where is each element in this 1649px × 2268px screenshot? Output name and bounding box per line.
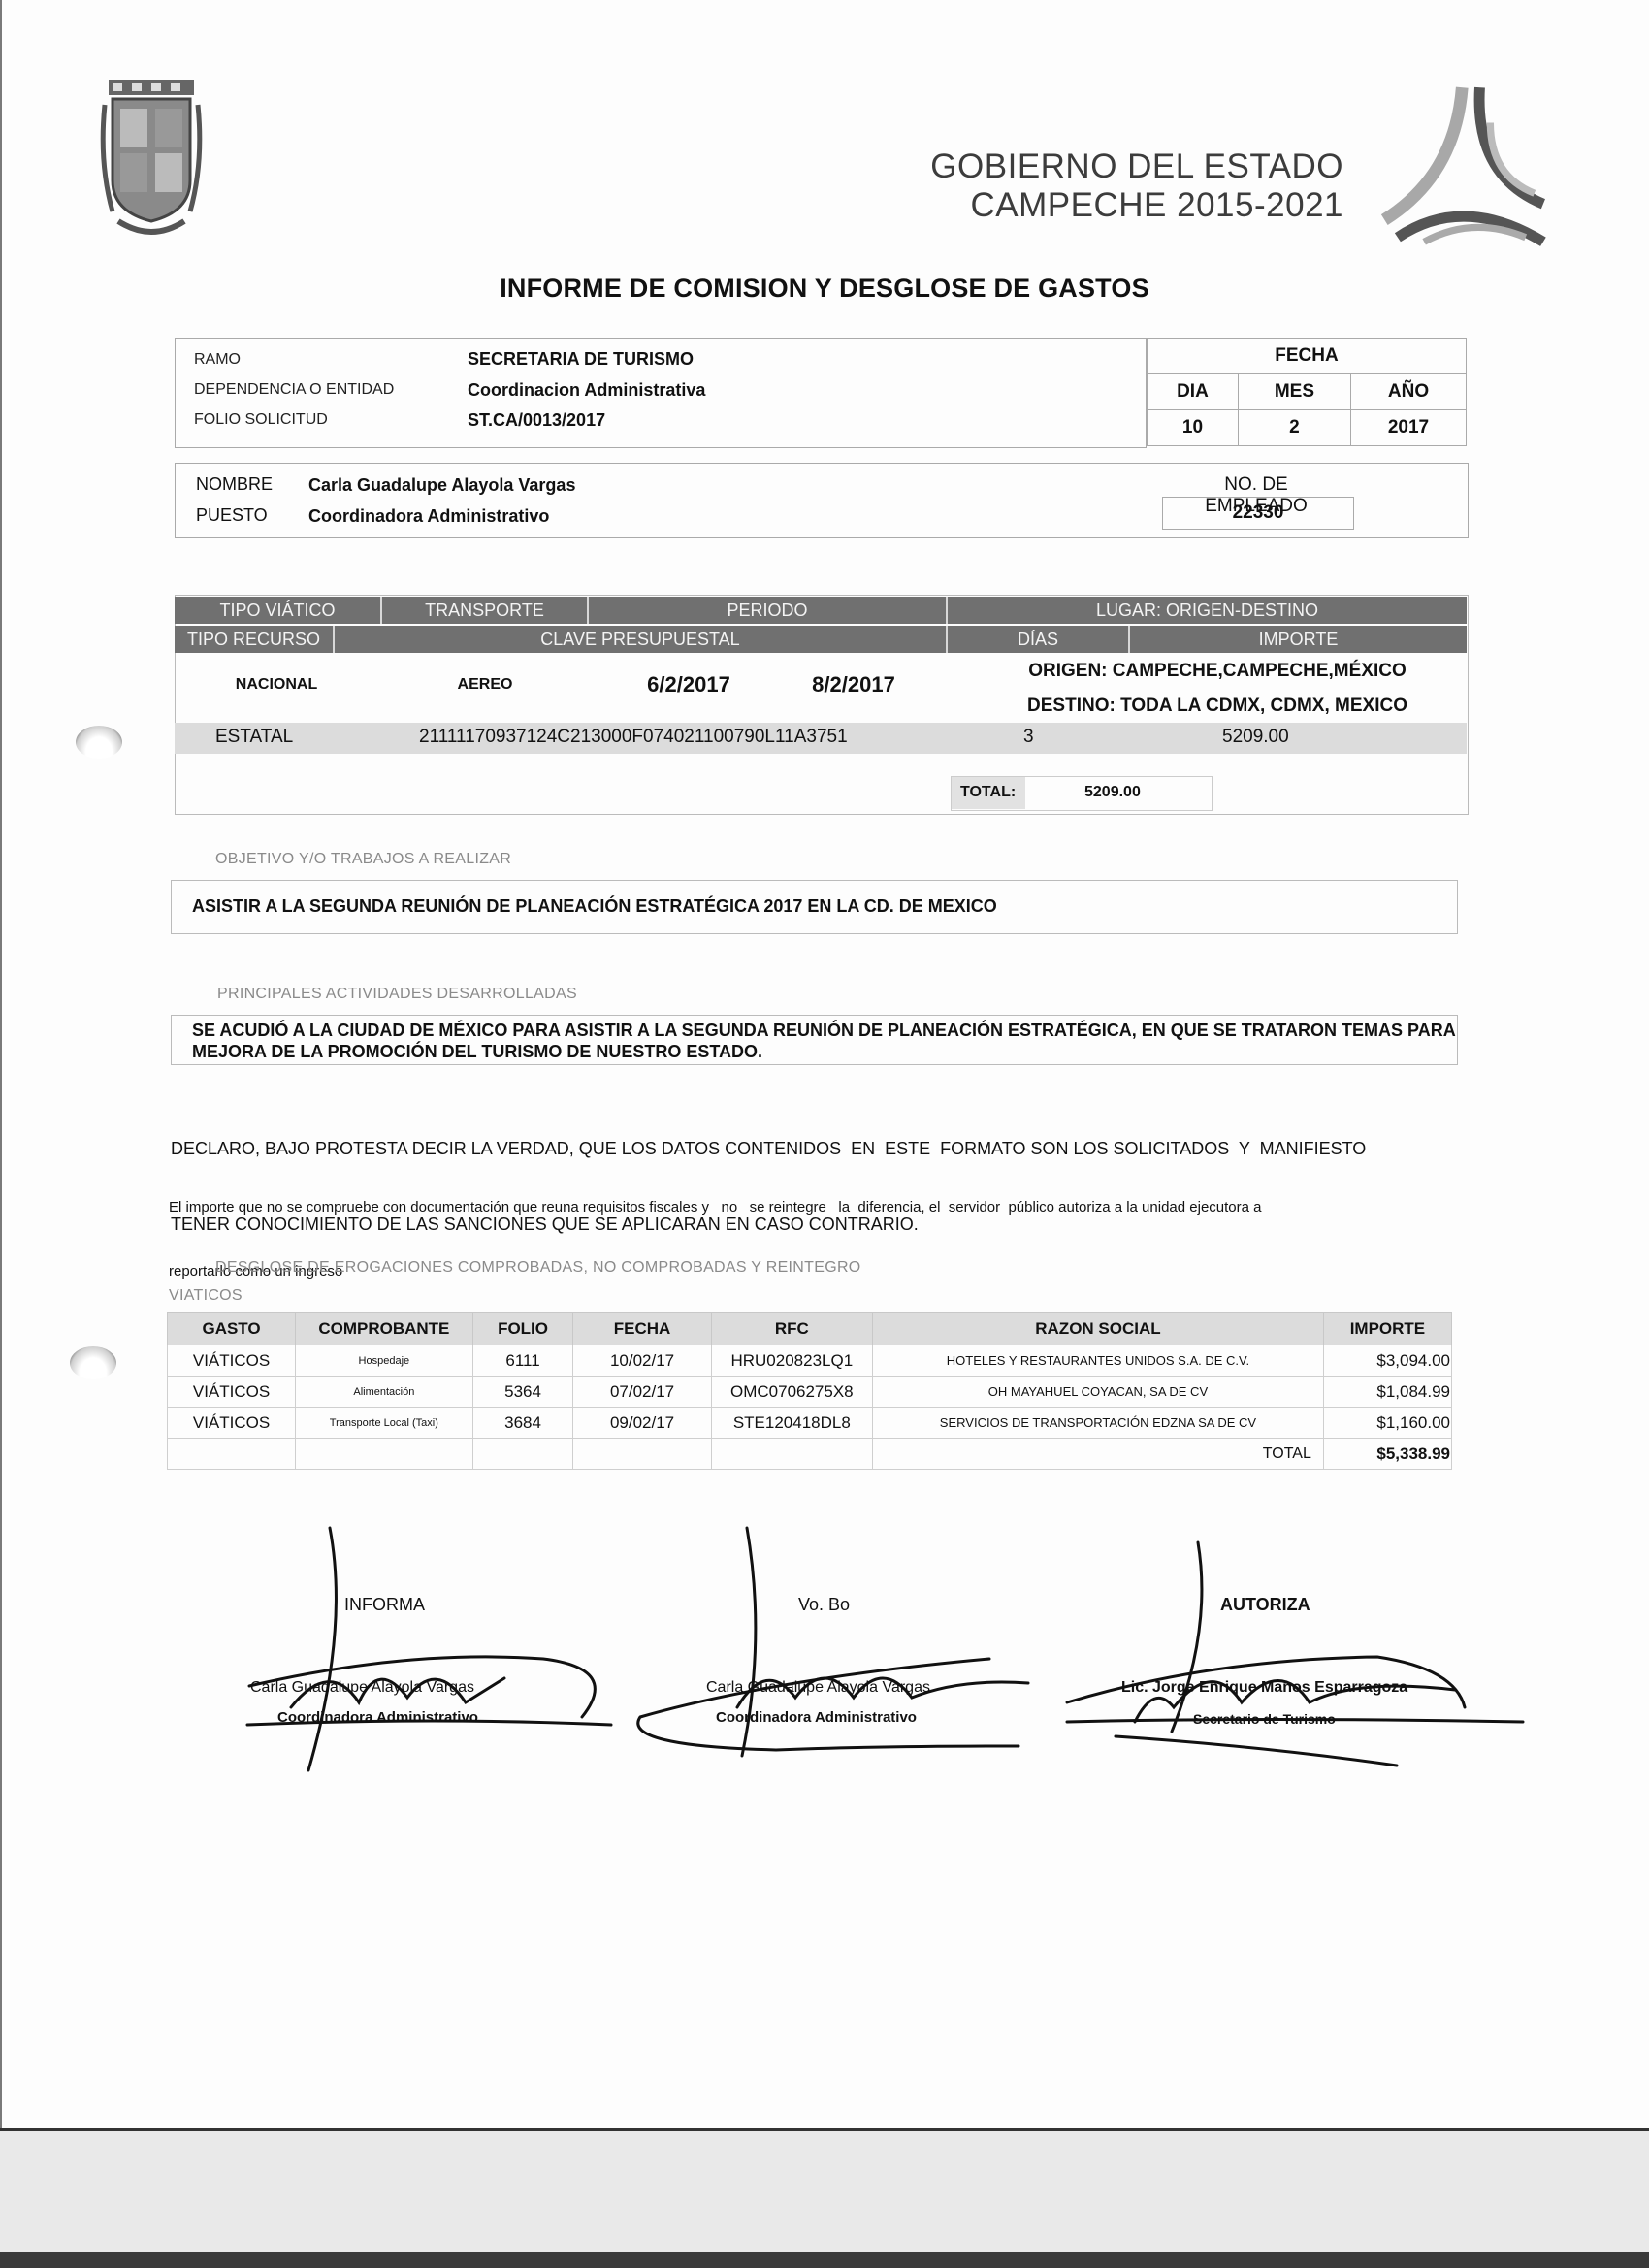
cell-folio: 6111 (472, 1345, 573, 1377)
table-row: VIÁTICOS Alimentación 5364 07/02/17 OMC0… (168, 1377, 1452, 1408)
signature-role-informa: INFORMA (344, 1595, 425, 1615)
header-importe: IMPORTE (1130, 626, 1467, 653)
header-periodo: PERIODO (589, 597, 948, 624)
expense-total-label: TOTAL (873, 1439, 1324, 1470)
expense-total-value: $5,338.99 (1323, 1439, 1451, 1470)
cell-importe: $3,094.00 (1323, 1345, 1451, 1377)
folio-value: ST.CA/0013/2017 (468, 410, 605, 431)
col-comprobante: COMPROBANTE (296, 1313, 473, 1345)
coat-of-arms-icon (99, 76, 204, 241)
signature-name-autoriza: Lic. Jorge Enrique Manos Esparragoza (1121, 1679, 1407, 1697)
cell-gasto: VIÁTICOS (168, 1345, 296, 1377)
gov-line-1: GOBIERNO DEL ESTADO (873, 147, 1343, 186)
nombre-value: Carla Guadalupe Alayola Vargas (308, 475, 575, 496)
actividades-line-1: SE ACUDIÓ A LA CIUDAD DE MÉXICO PARA ASI… (192, 1020, 1456, 1041)
travel-total-label: TOTAL: (960, 784, 1016, 801)
dia-value: 10 (1148, 410, 1239, 446)
gov-line-2: CAMPECHE 2015-2021 (873, 186, 1343, 225)
punch-hole (76, 726, 122, 759)
actividades-text: SE ACUDIÓ A LA CIUDAD DE MÉXICO PARA ASI… (192, 1020, 1456, 1062)
periodo-fin: 8/2/2017 (766, 672, 941, 697)
importe-note: El importe que no se compruebe con docum… (169, 1154, 1261, 1304)
col-gasto: GASTO (168, 1313, 296, 1345)
clave-presupuestal-value: 21111170937124C213000F074021100790L11A37… (419, 727, 848, 748)
cell-folio: 5364 (472, 1377, 573, 1408)
cell-gasto: VIÁTICOS (168, 1408, 296, 1439)
travel-header-row-1: TIPO VIÁTICO TRANSPORTE PERIODO LUGAR: O… (175, 597, 1467, 624)
header-dias: DÍAS (948, 626, 1130, 653)
fecha-box: FECHA DIA MES AÑO 10 2 2017 (1147, 338, 1467, 446)
tipo-viatico-value: NACIONAL (194, 676, 359, 694)
anio-label: AÑO (1351, 374, 1467, 410)
cell-razon-social: SERVICIOS DE TRANSPORTACIÓN EDZNA SA DE … (873, 1408, 1324, 1439)
col-razon-social: RAZON SOCIAL (873, 1313, 1324, 1345)
objetivo-text: ASISTIR A LA SEGUNDA REUNIÓN DE PLANEACI… (192, 896, 997, 917)
desglose-title: DESGLOSE DE EROGACIONES COMPROBADAS, NO … (215, 1259, 861, 1277)
campeche-government-logo-icon (1358, 70, 1552, 264)
cell-gasto: VIÁTICOS (168, 1377, 296, 1408)
table-row: VIÁTICOS Hospedaje 6111 10/02/17 HRU0208… (168, 1345, 1452, 1377)
cell-rfc: HRU020823LQ1 (711, 1345, 872, 1377)
signature-title-autoriza: Secretario de Turismo (1193, 1711, 1336, 1727)
importe-value: 5209.00 (1222, 727, 1289, 748)
note-line-1: El importe que no se compruebe con docum… (169, 1197, 1261, 1218)
header-tipo-viatico: TIPO VIÁTICO (175, 597, 382, 624)
dependencia-label: DEPENDENCIA O ENTIDAD (194, 381, 394, 399)
total-row: TOTAL $5,338.99 (168, 1439, 1452, 1470)
cell-razon-social: HOTELES Y RESTAURANTES UNIDOS S.A. DE C.… (873, 1345, 1324, 1377)
header-tipo-recurso: TIPO RECURSO (175, 626, 335, 653)
actividades-line-2: MEJORA DE LA PROMOCIÓN DEL TURISMO DE NU… (192, 1041, 1456, 1062)
scanner-bottom-strip (0, 2128, 1649, 2255)
cell-rfc: OMC0706275X8 (711, 1377, 872, 1408)
signature-title-informa: Coordinadora Administrativo (277, 1709, 478, 1726)
cell-fecha: 10/02/17 (573, 1345, 711, 1377)
scanner-bottom-edge (0, 2252, 1649, 2268)
col-folio: FOLIO (472, 1313, 573, 1345)
folio-label: FOLIO SOLICITUD (194, 411, 328, 429)
cell-comprobante: Hospedaje (296, 1345, 473, 1377)
col-fecha: FECHA (573, 1313, 711, 1345)
dias-value: 3 (1023, 727, 1034, 748)
actividades-label: PRINCIPALES ACTIVIDADES DESARROLLADAS (217, 986, 577, 1003)
fecha-title: FECHA (1148, 339, 1467, 374)
ramo-value: SECRETARIA DE TURISMO (468, 349, 694, 370)
cell-rfc: STE120418DL8 (711, 1408, 872, 1439)
punch-hole (70, 1346, 116, 1379)
nombre-label: NOMBRE (196, 474, 273, 495)
col-importe: IMPORTE (1323, 1313, 1451, 1345)
tipo-recurso-value: ESTATAL (215, 727, 293, 748)
cell-fecha: 07/02/17 (573, 1377, 711, 1408)
page-edge (0, 0, 2, 2231)
cell-folio: 3684 (472, 1408, 573, 1439)
puesto-label: PUESTO (196, 505, 268, 526)
handwritten-signatures-icon (0, 1513, 1649, 1785)
origen-value: ORIGEN: CAMPECHE,CAMPECHE,MÉXICO (970, 661, 1465, 682)
periodo-inicio: 6/2/2017 (601, 672, 776, 697)
ramo-label: RAMO (194, 351, 241, 369)
cell-comprobante: Transporte Local (Taxi) (296, 1408, 473, 1439)
cell-fecha: 09/02/17 (573, 1408, 711, 1439)
mes-label: MES (1238, 374, 1350, 410)
government-heading: GOBIERNO DEL ESTADO CAMPECHE 2015-2021 (873, 147, 1343, 225)
objetivo-label: OBJETIVO Y/O TRABAJOS A REALIZAR (215, 851, 511, 868)
header-lugar: LUGAR: ORIGEN-DESTINO (948, 597, 1467, 624)
empleado-value: 22330 (1162, 497, 1354, 530)
desglose-subtitle: VIATICOS (169, 1287, 242, 1305)
table-row: VIÁTICOS Transporte Local (Taxi) 3684 09… (168, 1408, 1452, 1439)
cell-comprobante: Alimentación (296, 1377, 473, 1408)
header-transporte: TRANSPORTE (382, 597, 589, 624)
signature-name-informa: Carla Guadalupe Alayola Vargas (250, 1679, 474, 1697)
cell-razon-social: OH MAYAHUEL COYACAN, SA DE CV (873, 1377, 1324, 1408)
destino-value: DESTINO: TODA LA CDMX, CDMX, MEXICO (970, 696, 1465, 717)
header-clave-presupuestal: CLAVE PRESUPUESTAL (335, 626, 948, 653)
dependencia-value: Coordinacion Administrativa (468, 380, 705, 401)
signature-role-vobo: Vo. Bo (798, 1595, 850, 1615)
travel-total-value: 5209.00 (1084, 784, 1141, 801)
expense-table: GASTO COMPROBANTE FOLIO FECHA RFC RAZON … (167, 1312, 1452, 1470)
document-title: INFORME DE COMISION Y DESGLOSE DE GASTOS (0, 274, 1649, 304)
signature-title-vobo: Coordinadora Administrativo (716, 1709, 917, 1726)
dia-label: DIA (1148, 374, 1239, 410)
signature-name-vobo: Carla Guadalupe Alayola Vargas (706, 1679, 930, 1697)
cell-importe: $1,160.00 (1323, 1408, 1451, 1439)
anio-value: 2017 (1351, 410, 1467, 446)
col-rfc: RFC (711, 1313, 872, 1345)
mes-value: 2 (1238, 410, 1350, 446)
puesto-value: Coordinadora Administrativo (308, 506, 549, 527)
signature-role-autoriza: AUTORIZA (1220, 1595, 1310, 1615)
cell-importe: $1,084.99 (1323, 1377, 1451, 1408)
transporte-value: AEREO (417, 676, 553, 694)
travel-header-row-2: TIPO RECURSO CLAVE PRESUPUESTAL DÍAS IMP… (175, 626, 1467, 653)
